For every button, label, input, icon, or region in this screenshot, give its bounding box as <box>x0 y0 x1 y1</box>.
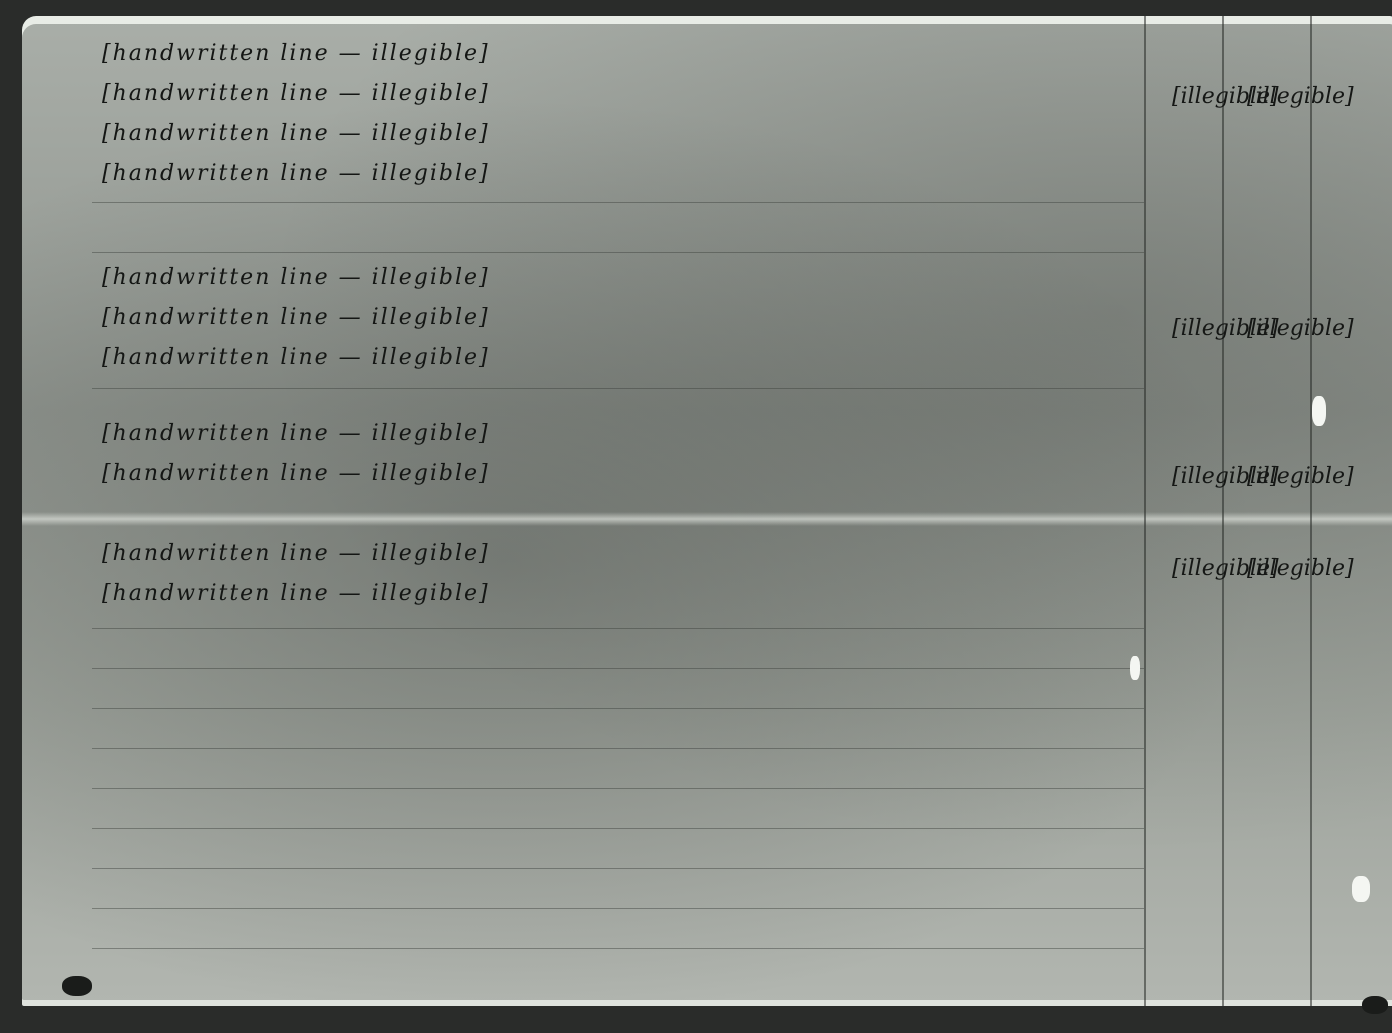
entry-line: [handwritten line — illegible] <box>102 338 490 378</box>
ruled-line <box>92 668 1144 669</box>
column-b-value: [illegible] <box>1247 84 1354 109</box>
ruled-line <box>92 748 1144 749</box>
entry-line: [handwritten line — illegible] <box>102 298 490 338</box>
ink-blot <box>62 976 92 996</box>
entry-line: [handwritten line — illegible] <box>102 154 490 194</box>
entry-line: [handwritten line — illegible] <box>102 574 490 614</box>
column-b-value: [illegible] <box>1247 464 1354 489</box>
entry-line: [handwritten line — illegible] <box>102 34 490 74</box>
entry-line: [handwritten line — illegible] <box>102 258 490 298</box>
page-fold-crease <box>22 512 1392 526</box>
entry-line: [handwritten line — illegible] <box>102 114 490 154</box>
entry-line: [handwritten line — illegible] <box>102 454 490 494</box>
ruled-line <box>92 788 1144 789</box>
ruled-line <box>92 388 1144 389</box>
paper-damage-spot <box>1312 396 1326 426</box>
column-divider <box>1310 16 1312 1006</box>
column-divider <box>1222 16 1224 1006</box>
ruled-line <box>92 252 1144 253</box>
ruled-line <box>92 708 1144 709</box>
ruled-line <box>92 948 1144 949</box>
entry-line: [handwritten line — illegible] <box>102 534 490 574</box>
ruled-line <box>92 868 1144 869</box>
ruled-line <box>92 628 1144 629</box>
paper-damage-spot <box>1352 876 1370 902</box>
column-b-value: [illegible] <box>1247 556 1354 581</box>
ruled-line <box>92 828 1144 829</box>
entry-line: [handwritten line — illegible] <box>102 414 490 454</box>
ruled-line <box>92 908 1144 909</box>
column-divider <box>1144 16 1146 1006</box>
column-b-value: [illegible] <box>1247 316 1354 341</box>
entry-line: [handwritten line — illegible] <box>102 74 490 114</box>
ruled-line <box>92 202 1144 203</box>
manuscript-page: [handwritten line — illegible] [handwrit… <box>22 16 1392 1006</box>
ink-blot <box>1362 996 1388 1014</box>
paper-damage-spot <box>1130 656 1140 680</box>
